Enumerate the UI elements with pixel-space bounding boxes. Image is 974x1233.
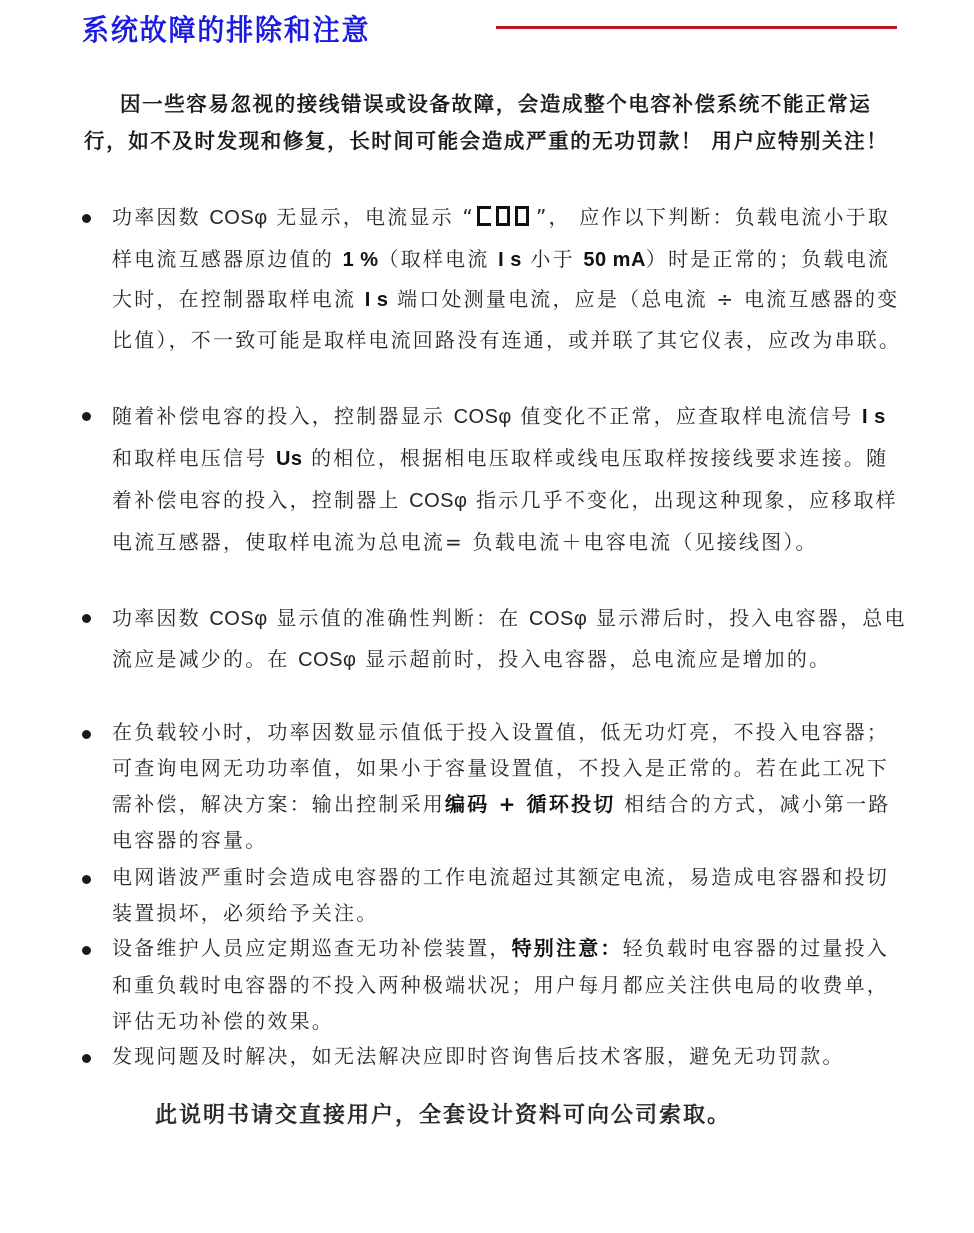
bullet-icon [82,875,91,884]
bullet-icon [82,614,91,623]
percent-value: 1 % [343,249,379,271]
bullet-icon [82,1054,91,1063]
bullet-icon [82,412,91,421]
section-title: 系统故障的排除和注意 [82,12,370,48]
item-text: 值变化不正常，应查取样电流信号 [512,404,862,428]
cosphi-text: COSφ [298,649,356,671]
item-text: 功率因数 [112,205,209,229]
section-header: 系统故障的排除和注意 [0,0,974,60]
list-item: 电网谐波严重时会造成电容器的工作电流超过其额定电流，易造成电容器和投切装置损坏，… [112,859,908,931]
item-text: 发现问题及时解决，如无法解决应即时咨询售后技术客服，避免无功罚款。 [112,1044,845,1068]
cosphi-text: COSφ [209,608,267,630]
list-item: 在负载较小时，功率因数显示值低于投入设置值，低无功灯亮，不投入电容器；可查询电网… [112,714,908,858]
list-item: 功率因数 COSφ 显示值的准确性判断：在 COSφ 显示滞后时，投入电容器，总… [112,598,908,680]
bullet-icon [82,946,91,955]
intro-paragraph: 因一些容易忽视的接线错误或设备故障，会造成整个电容补偿系统不能正常运行，如不及时… [84,86,906,159]
list-item: 随着补偿电容的投入，控制器显示 COSφ 值变化不正常，应查取样电流信号 I s… [112,396,908,563]
bullet-icon [82,730,91,739]
cosphi-text: COSφ [529,608,587,630]
item-text: 小于 [522,247,584,271]
current-value: 50 mA [583,249,646,271]
list-item: 设备维护人员应定期巡查无功补偿装置，特别注意：轻负载时电容器的过量投入和重负载时… [112,930,908,1040]
is-label: I s [862,406,886,428]
cosphi-text: COSφ [209,207,267,229]
list-item: 发现问题及时解决，如无法解决应即时咨询售后技术客服，避免无功罚款。 [112,1038,908,1074]
header-divider [496,26,897,29]
item-text: 随着补偿电容的投入，控制器显示 [112,404,454,428]
is-label: I s [498,249,522,271]
cosphi-text: COSφ [454,406,512,428]
cosphi-text: COSφ [409,490,467,512]
item-text: 电网谐波严重时会造成电容器的工作电流超过其额定电流，易造成电容器和投切装置损坏，… [112,865,889,925]
us-label: Us [276,448,303,470]
emphasis-text: 特别注意： [512,936,623,960]
bullet-icon [82,214,91,223]
item-text: 显示值的准确性判断：在 [268,606,529,630]
footer-note: 此说明书请交直接用户，全套设计资料可向公司索取。 [155,1098,731,1134]
item-text: 功率因数 [112,606,209,630]
list-item: 功率因数 COSφ 无显示，电流显示 “”， 应作以下判断：负载电流小于取样电流… [112,198,908,360]
seven-segment-display [477,200,534,240]
item-text: 显示超前时，投入电容器，总电流应是增加的。 [356,647,831,671]
emphasis-text: 编码 + 循环投切 [445,792,615,816]
item-text: （取样电流 [379,247,499,271]
item-text: 无显示，电流显示 “ [268,205,475,229]
is-label: I s [365,289,389,311]
item-text: 和取样电压信号 [112,446,276,470]
item-text: 设备维护人员应定期巡查无功补偿装置， [112,936,512,960]
